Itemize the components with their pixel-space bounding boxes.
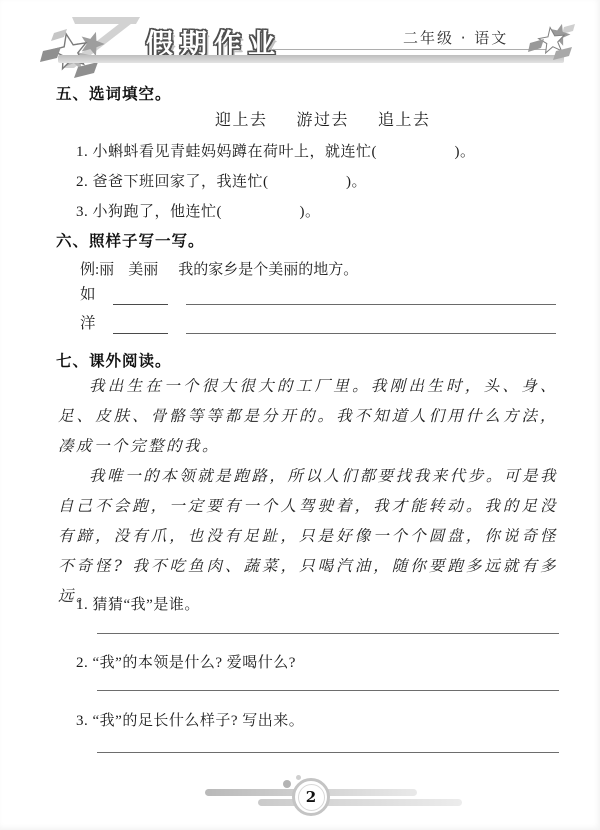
footer-dot-large	[283, 780, 291, 788]
reading-passage: 我出生在一个很大很大的工厂里。我刚出生时，头、身、足、皮肤、骨骼等等都是分开的。…	[58, 371, 558, 611]
example-word: 美丽	[128, 258, 158, 279]
fill-blank-item: 3. 小狗跑了，他连忙( )。	[76, 200, 321, 221]
reading-paragraph: 我出生在一个很大很大的工厂里。我刚出生时，头、身、足、皮肤、骨骼等等都是分开的。…	[58, 371, 558, 461]
example-char: 丽	[99, 258, 114, 279]
word-blank-line	[113, 315, 168, 334]
page-number: 2	[298, 784, 325, 811]
example-label: 例:	[80, 258, 99, 279]
example-line: 例: 丽 美丽 我的家乡是个美丽的地方。	[80, 258, 358, 279]
footer-bar-bottom	[258, 799, 462, 806]
reading-question: 3. “我”的足长什么样子? 写出来。	[76, 709, 304, 730]
stars-decoration-left-icon	[40, 14, 152, 82]
reading-question: 2. “我”的本领是什么? 爱喝什么?	[76, 651, 296, 672]
word-blank-line	[113, 286, 168, 305]
answer-line	[97, 633, 559, 634]
stars-decoration-right-icon	[528, 20, 580, 64]
word-bank-word: 追上去	[378, 107, 431, 130]
copy-row: 如	[80, 285, 556, 305]
fill-blank-item: 1. 小蝌蚪看见青蛙妈妈蹲在荷叶上，就连忙( )。	[76, 140, 476, 161]
header-thick-rule	[58, 55, 564, 63]
fill-blank-item: 2. 爸爸下班回家了，我连忙( )。	[76, 170, 367, 191]
section-5-heading: 五、选词填空。	[56, 82, 172, 104]
section-7-heading: 七、课外阅读。	[56, 349, 172, 371]
footer-dot-small	[296, 775, 301, 780]
reading-paragraph: 我唯一的本领就是跑路，所以人们都要找我来代步。可是我自己不会跑，一定要有一个人驾…	[58, 461, 558, 611]
example-sentence: 我的家乡是个美丽的地方。	[178, 258, 358, 279]
sentence-blank-line	[186, 315, 556, 334]
word-bank: 迎上去 游过去 追上去	[215, 107, 431, 130]
answer-line	[97, 752, 559, 753]
sentence-blank-line	[186, 286, 556, 305]
reading-question: 1. 猜猜“我”是谁。	[76, 593, 200, 614]
copy-row-char: 如	[80, 285, 96, 305]
workbook-page: 假期作业 二年级 · 语文 五、选词填空。 迎上去 游过去 追上去 1. 小蝌蚪…	[0, 0, 600, 830]
answer-line	[97, 690, 559, 691]
grade-subject-label: 二年级 · 语文	[403, 27, 508, 48]
copy-row-char: 洋	[80, 314, 96, 334]
copy-row: 洋	[80, 314, 556, 334]
word-bank-word: 迎上去	[215, 107, 268, 130]
section-6-heading: 六、照样子写一写。	[56, 229, 205, 251]
header-thin-rule	[268, 49, 548, 50]
page-number-badge: 2	[292, 778, 330, 816]
word-bank-word: 游过去	[297, 107, 350, 130]
